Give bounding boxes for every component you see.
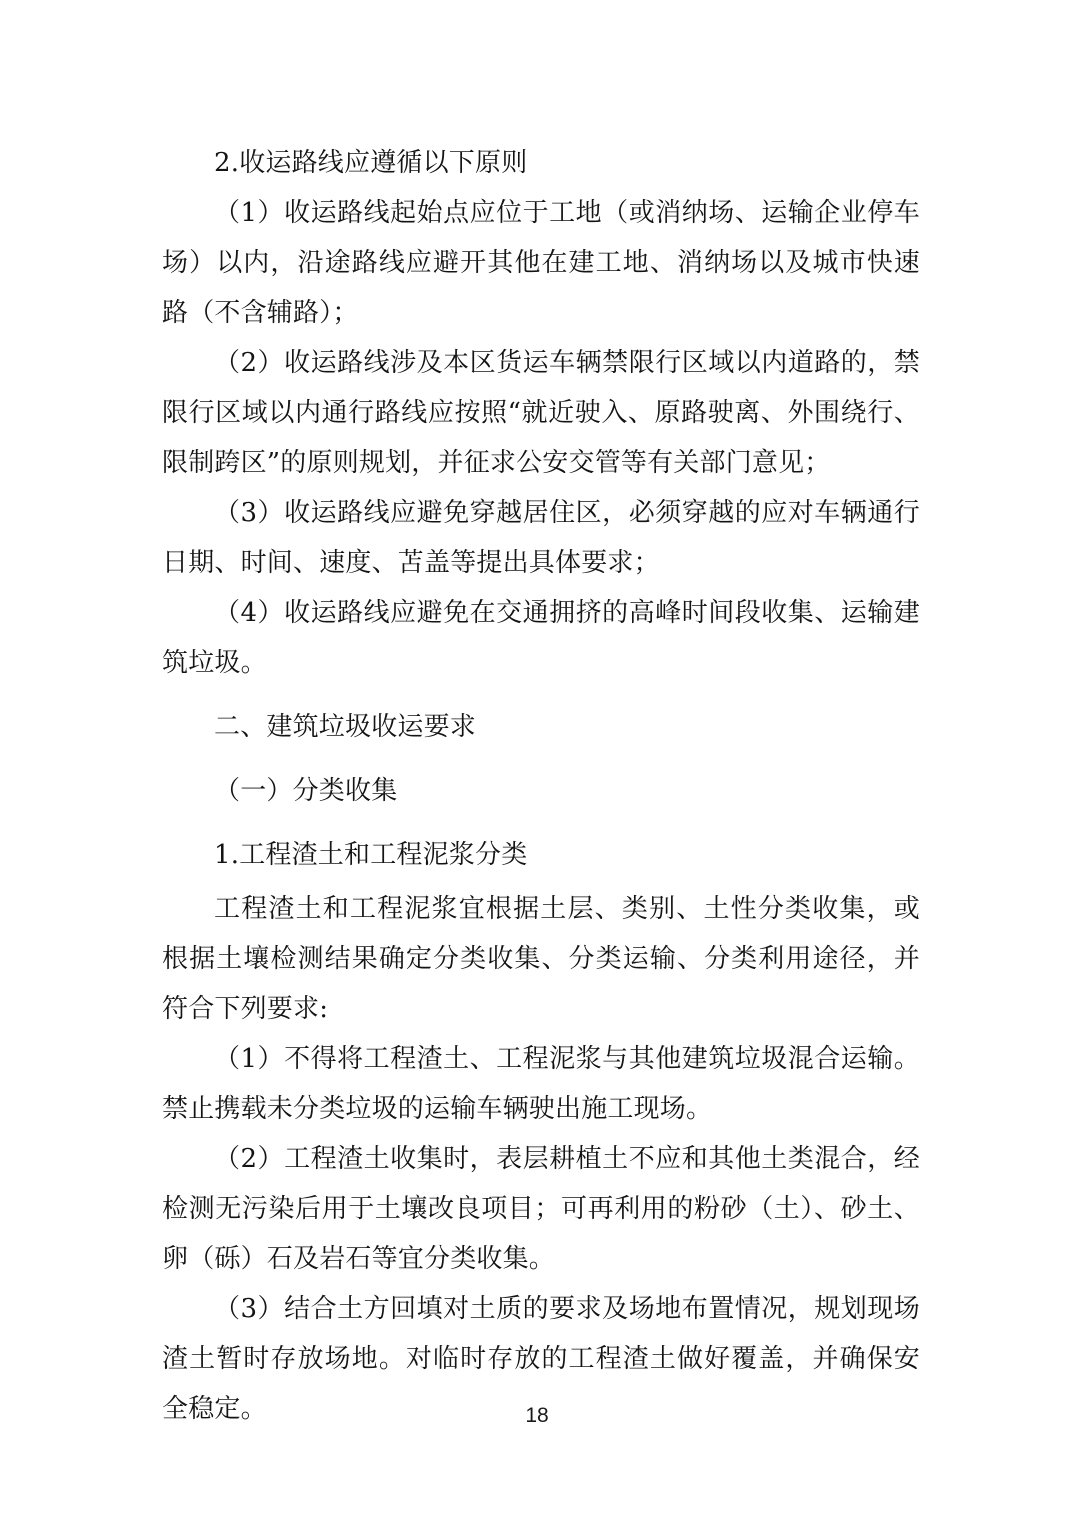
document-page: 2.收运路线应遵循以下原则 （1）收运路线起始点应位于工地（或消纳场、运输企业停… [0, 0, 1074, 1520]
para-class-item-2: （2）工程渣土收集时，表层耕植土不应和其他土类混合，经检测无污染后用于土壤改良项… [162, 1134, 920, 1284]
para-route-item-1: （1）收运路线起始点应位于工地（或消纳场、运输企业停车场）以内，沿途路线应避开其… [162, 188, 920, 338]
heading-section-2: 二、建筑垃圾收运要求 [162, 702, 920, 752]
para-classification-intro: 工程渣土和工程泥浆宜根据土层、类别、土性分类收集，或根据土壤检测结果确定分类收集… [162, 884, 920, 1034]
heading-subsection-1: （一）分类收集 [162, 766, 920, 816]
para-route-item-2: （2）收运路线涉及本区货运车辆禁限行区域以内道路的，禁限行区域以内通行路线应按照… [162, 338, 920, 488]
para-route-item-3: （3）收运路线应避免穿越居住区，必须穿越的应对车辆通行日期、时间、速度、苫盖等提… [162, 488, 920, 588]
document-body: 2.收运路线应遵循以下原则 （1）收运路线起始点应位于工地（或消纳场、运输企业停… [162, 138, 920, 1434]
heading-item-1: 1.工程渣土和工程泥浆分类 [162, 830, 920, 880]
para-class-item-1: （1）不得将工程渣土、工程泥浆与其他建筑垃圾混合运输。禁止携载未分类垃圾的运输车… [162, 1034, 920, 1134]
page-number: 18 [0, 1404, 1074, 1428]
para-route-item-4: （4）收运路线应避免在交通拥挤的高峰时间段收集、运输建筑垃圾。 [162, 588, 920, 688]
para-route-principles-title: 2.收运路线应遵循以下原则 [162, 138, 920, 188]
